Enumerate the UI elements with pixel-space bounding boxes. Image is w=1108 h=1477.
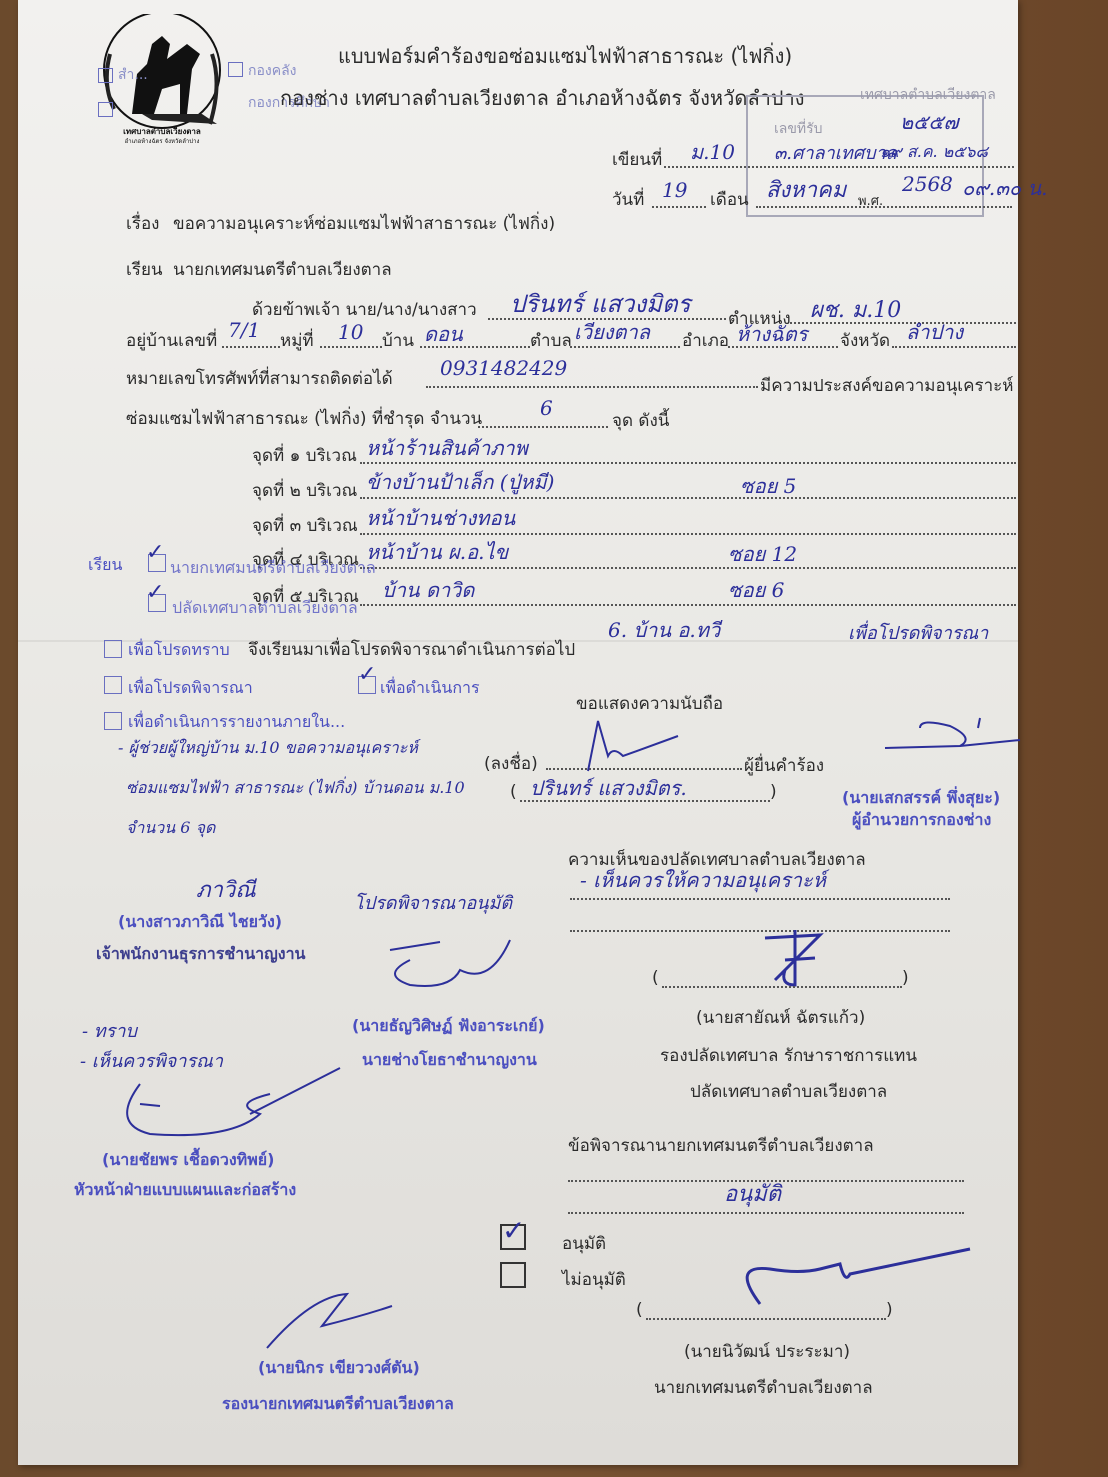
point-label: จุดที่ ๑ บริเวณ [252,442,357,469]
written-at-label: เขียนที่ [612,146,662,173]
regards: ขอแสดงความนับถือ [576,690,723,717]
form-title: แบบฟอร์มคำร้องขอซ่อมแซมไฟฟ้าสาธารณะ (ไฟก… [338,40,792,72]
clerk-title: เจ้าพนักงานธุรการชำนาญงาน [96,942,306,967]
point-value[interactable]: หน้าบ้าน ผ.อ.ไข [366,536,508,568]
reject-checkbox[interactable] [500,1262,526,1288]
count-line [478,426,608,428]
tambon-label: ตำบล [530,327,572,354]
point-label: จุดที่ ๓ บริเวณ [252,512,358,539]
province-label: จังหวัด [840,327,890,354]
phone-value[interactable]: 0931482429 [440,356,567,380]
option-consider-label: เพื่อโปรดพิจารณา [128,676,253,701]
mayor-sig-line [646,1318,886,1320]
applicant-sig-name: ปรินทร์ แสวงมิตร. [530,772,687,804]
receipt-time-value: ๐๙.๓๐ น. [962,172,1047,204]
deputy-mayor-name: (นายนิกร เขียววงศ์ตัน) [258,1356,420,1381]
municipality-logo-icon: เทศบาลตำบลเวียงตาล อำเภอห้างฉัตร จังหวัด… [92,14,232,144]
amphoe-value[interactable]: ห้างฉัตร [736,318,808,350]
moo-label: หมู่ที่ [280,327,314,354]
point-note: ซอย 12 [728,538,797,570]
mayor-decision-heading: ข้อพิจารณานายกเทศมนตรีตำบลเวียงตาล [568,1132,874,1159]
clerk-signature: ภาวิณี [196,872,256,907]
clerk-opinion-name: (นายสายัณห์ ฉัตรแก้ว) [696,1004,865,1031]
position-value[interactable]: ผช. ม.10 [810,292,901,327]
planning-head-title: หัวหน้าฝ่ายแบบแผนและก่อสร้าง [74,1178,296,1203]
point-note: ซอย 6 [728,574,784,606]
mayor-title: นายกเทศมนตรีตำบลเวียงตาล [654,1374,873,1401]
clerk-opinion-title-1: รองปลัดเทศบาล รักษาราชการแทน [660,1042,917,1069]
check-mark-icon: ✓ [358,662,376,687]
point6-note-right: เพื่อโปรดพิจารณา [848,618,988,647]
planning-head-name: (นายชัยพร เชื้อดวงทิพย์) [102,1148,274,1173]
moo-line [320,346,382,348]
engineer-signature-icon [380,930,530,1000]
paren-open: ( [510,782,517,802]
phone-line [426,386,758,388]
clerk-opinion-signature-icon [760,930,830,990]
subject: ขอความอนุเคราะห์ซ่อมแซมไฟฟ้าสาธารณะ (ไฟก… [173,210,555,237]
year-label: พ.ศ. [858,190,883,211]
to-label: เรียน [126,256,163,283]
day-line [652,206,706,208]
routing-mayor-label: นายกเทศมนตรีตำบลเวียงตาล [170,556,376,581]
engineer-name: (นายธัญวิศิษฏ์ ฟังอาระเกย์) [352,1014,545,1039]
receipt-number-value: ๒๕๕๗ [900,106,959,138]
written-at-value: ม.10 [690,136,735,168]
province-value[interactable]: ลำปาง [906,316,963,348]
paren-close: ) [886,1300,893,1320]
routing-clerk-label: ปลัดเทศบาลตำบลเวียงตาล [172,596,358,621]
point-value[interactable]: บ้าน ดาวิด [382,574,474,606]
repair-line: ซ่อมแซมไฟฟ้าสาธารณะ (ไฟกิ่ง) ที่ชำรุด จำ… [126,405,482,432]
routing-checkbox-engineering[interactable] [98,102,113,117]
year-value: 2568 [902,172,953,196]
clerk-opinion-value: - เห็นควรให้ความอนุเคราะห์ [580,864,826,896]
day-value: 19 [662,178,687,202]
date-label: วันที่ [612,186,644,213]
check-mark-icon: ✓ [502,1214,525,1247]
count-value[interactable]: 6 [540,396,553,420]
routing-checkbox-office[interactable] [98,68,113,83]
point-note: ซอย 5 [740,470,796,502]
receipt-number-label: เลขที่รับ [774,118,823,140]
written-at-place: ๓.ศาลาเทศบาล [774,138,897,167]
point-value[interactable]: ข้างบ้านป้าเล็ก (ปู่หมี) [366,466,554,498]
mayor-signature-icon [730,1244,980,1314]
org-line: กองช่าง เทศบาลตำบลเวียงตาล อำเภอห้างฉัตร… [280,82,805,114]
receipt-stamp-header: เทศบาลตำบลเวียงตาล [860,84,996,106]
applicant-signature-icon [578,716,688,776]
planning-head-signature-icon [110,1064,350,1144]
engineer-title: นายช่างโยธาชำนาญงาน [362,1048,537,1073]
option-proceed-label: เพื่อดำเนินการ [380,676,480,701]
note-line-1: - ผู้ช่วยผู้ใหญ่บ้าน ม.10 ขอความอนุเคราะ… [118,736,418,761]
option-inform-label: เพื่อโปรดทราบ [128,638,230,663]
routing-label-office: สำ... [118,64,148,86]
deputy-mayor-signature-icon [262,1286,412,1356]
clerk-name: (นางสาวภาวิณี ไชยวัง) [118,910,282,935]
clerk-opinion-title-2: ปลัดเทศบาลตำบลเวียงตาล [690,1078,887,1105]
option-inform-checkbox[interactable] [104,640,122,658]
village-value[interactable]: ดอน [424,318,463,350]
paren-close: ) [902,968,909,988]
check-mark-icon: ✓ [146,580,164,605]
option-report-checkbox[interactable] [104,712,122,730]
count-unit: จุด ดังนี้ [612,407,669,434]
point-value[interactable]: หน้าร้านสินค้าภาพ [366,432,528,464]
month-value: สิงหาคม [766,172,846,207]
applicant-role: ผู้ยื่นคำร้อง [744,752,824,779]
director-signature-icon [880,708,1030,758]
tambon-value[interactable]: เวียงตาล [574,316,650,348]
option-consider-checkbox[interactable] [104,676,122,694]
clerk-opinion-sig-line [662,986,902,988]
option-report-label: เพื่อดำเนินการรายงานภายใน... [128,710,345,735]
point6-note: 6. บ้าน อ.ทวี [608,614,720,646]
month-label: เดือน [710,186,749,213]
svg-text:เทศบาลตำบลเวียงตาล: เทศบาลตำบลเวียงตาล [123,126,201,136]
reject-label: ไม่อนุมัติ [562,1266,626,1293]
paren-open: ( [652,968,659,988]
house-no-label: อยู่บ้านเลขที่ [126,327,217,354]
paren-close: ) [770,782,777,802]
approve-label: อนุมัติ [562,1230,606,1257]
note-line-2: ซ่อมแซมไฟฟ้า สาธารณะ (ไฟกิ่ง) บ้านดอน ม.… [126,776,465,801]
point-value[interactable]: หน้าบ้านช่างทอน [366,502,515,534]
mayor-name: (นายนิวัฒน์ ประระมา) [684,1338,850,1365]
deputy-mayor-title: รองนายกเทศมนตรีตำบลเวียงตาล [222,1392,454,1417]
planning-note-1: - ทราบ [82,1016,137,1045]
routing-label-finance: กองคลัง [248,60,297,82]
note-line-3: จำนวน 6 จุด [126,816,215,841]
house-no-value[interactable]: 7/1 [228,318,260,342]
moo-value[interactable]: 10 [338,320,363,344]
paren-open: ( [636,1300,643,1320]
check-mark-icon: ✓ [146,540,164,565]
village-label: บ้าน [382,327,414,354]
svg-text:อำเภอห้างฉัตร จังหวัดลำปาง: อำเภอห้างฉัตร จังหวัดลำปาง [125,138,200,144]
director-title: ผู้อำนวยการกองช่าง [852,808,991,833]
to-recipient: นายกเทศมนตรีตำบลเวียงตาล [173,256,392,283]
mayor-decision-line-2 [568,1212,964,1214]
mayor-decision-value: อนุมัติ [724,1176,781,1211]
amphoe-label: อำเภอ [682,327,729,354]
clerk-opinion-line-1 [570,898,950,900]
point-label: จุดที่ ๒ บริเวณ [252,477,357,504]
purpose-tail: มีความประสงค์ขอความอนุเคราะห์ [760,372,1014,399]
phone-label: หมายเลขโทรศัพท์ที่สามารถติดต่อได้ [126,365,393,392]
closing-sentence: จึงเรียนมาเพื่อโปรดพิจารณาดำเนินการต่อไป [248,636,575,663]
routing-to-label: เรียน [88,553,122,578]
house-no-line [222,346,280,348]
engineer-note: โปรดพิจารณาอนุมัติ [354,888,512,917]
subject-label: เรื่อง [126,210,159,237]
routing-checkbox-finance[interactable] [228,62,243,77]
